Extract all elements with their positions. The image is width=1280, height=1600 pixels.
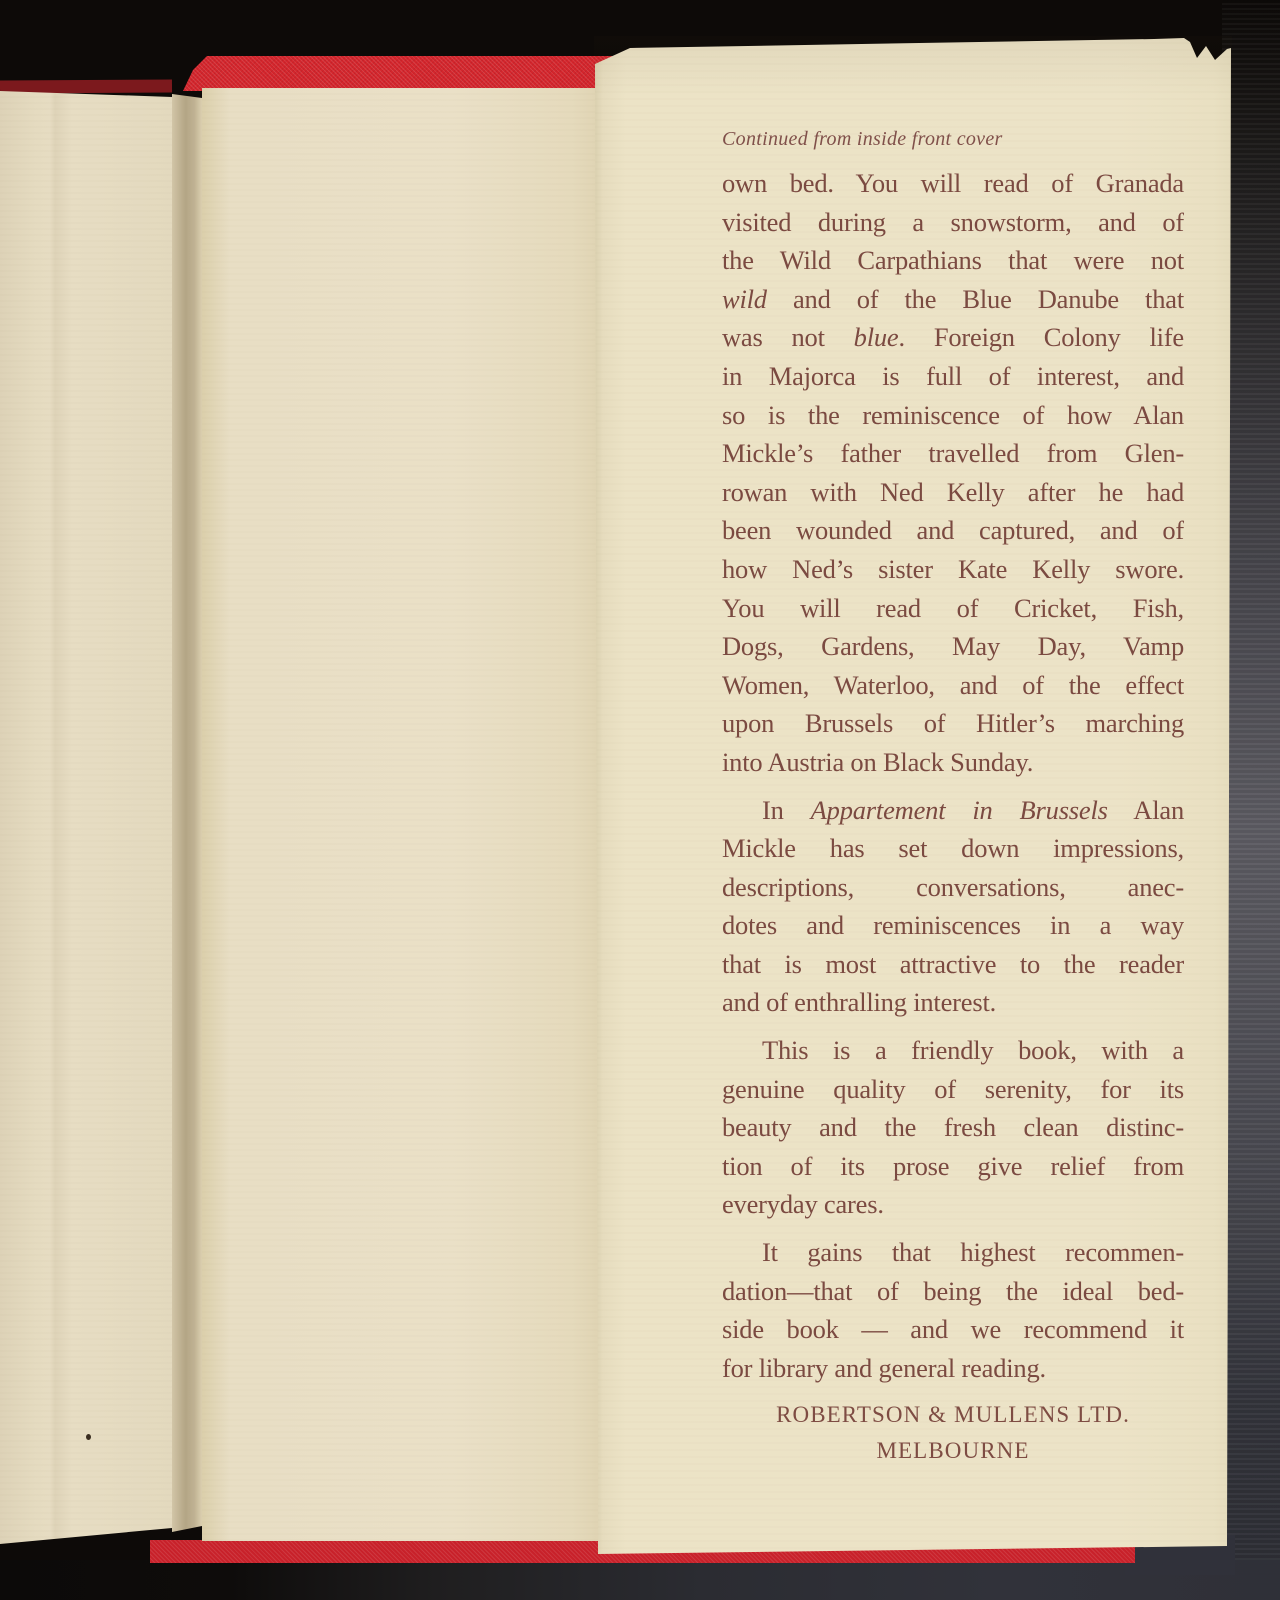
flap-text-line: into Austria on Black Sunday. — [722, 743, 1184, 782]
flap-text-line: and of enthralling interest. — [722, 983, 1184, 1022]
flap-text-line: wild and of the Blue Danube that — [722, 280, 1184, 319]
flap-text-line: upon Brussels of Hitler’s marching — [722, 704, 1184, 743]
flap-text-line: genuine quality of serenity, for its — [722, 1070, 1184, 1109]
paper-speck — [86, 1434, 91, 1440]
continued-note: Continued from inside front cover — [722, 124, 1184, 154]
flap-paragraph: This is a friendly book, with agenuine q… — [722, 1031, 1184, 1224]
flap-text-line: dation—that of being the ideal bed- — [722, 1272, 1184, 1311]
flap-paragraph: own bed. You will read of Granadavisited… — [722, 164, 1184, 782]
page-gutter — [172, 94, 202, 1536]
flap-text-line: the Wild Carpathians that were not — [722, 241, 1184, 280]
flap-paragraph: It gains that highest recommen-dation—th… — [722, 1233, 1184, 1387]
flap-text-line: how Ned’s sister Kate Kelly swore. — [722, 550, 1184, 589]
publisher-city: MELBOURNE — [722, 1433, 1184, 1469]
flap-text-line: tion of its prose give relief from — [722, 1147, 1184, 1186]
background-surface-right — [1222, 0, 1280, 1600]
flap-text-line: It gains that highest recommen- — [722, 1233, 1184, 1272]
free-endpaper-page — [0, 91, 172, 1544]
photo: Continued from inside front cover own be… — [0, 0, 1280, 1600]
flap-text-line: for library and general reading. — [722, 1349, 1184, 1388]
flap-text-line: descriptions, conversations, anec- — [722, 868, 1184, 907]
flap-text-line: everyday cares. — [722, 1185, 1184, 1224]
flap-text-line: been wounded and captured, and of — [722, 511, 1184, 550]
flap-text-line: side book — and we recommend it — [722, 1310, 1184, 1349]
flap-text-line: that is most attractive to the reader — [722, 945, 1184, 984]
flap-text-line: Mickle has set down impressions, — [722, 829, 1184, 868]
flap-text-line: Mickle’s father travelled from Glen- — [722, 434, 1184, 473]
flap-text-line: In Appartement in Brussels Alan — [722, 791, 1184, 830]
flap-text-line: beauty and the fresh clean distinc- — [722, 1108, 1184, 1147]
red-cloth-cover-top-edge — [183, 56, 643, 91]
flap-text-line: in Majorca is full of interest, and — [722, 357, 1184, 396]
publisher-block: ROBERTSON & MULLENS LTD. MELBOURNE — [722, 1397, 1184, 1469]
pastedown-endpaper — [202, 88, 640, 1541]
flap-paragraph: In Appartement in Brussels AlanMickle ha… — [722, 791, 1184, 1023]
flap-text-line: visited during a snowstorm, and of — [722, 203, 1184, 242]
flap-text-line: own bed. You will read of Granada — [722, 164, 1184, 203]
flap-text-line: so is the reminiscence of how Alan — [722, 396, 1184, 435]
flap-text-line: was not blue. Foreign Colony life — [722, 318, 1184, 357]
flap-paragraphs: own bed. You will read of Granadavisited… — [722, 164, 1184, 1387]
flap-text-line: You will read of Cricket, Fish, — [722, 589, 1184, 628]
publisher-name: ROBERTSON & MULLENS LTD. — [722, 1397, 1184, 1433]
flap-text-line: rowan with Ned Kelly after he had — [722, 473, 1184, 512]
flap-text-line: This is a friendly book, with a — [722, 1031, 1184, 1070]
red-cloth-cover-left-edge — [0, 79, 172, 93]
flap-text-line: dotes and reminiscences in a way — [722, 906, 1184, 945]
dust-jacket-flap: Continued from inside front cover own be… — [594, 36, 1232, 1556]
flap-text-block: Continued from inside front cover own be… — [722, 124, 1184, 1469]
background-surface-bottom — [0, 1560, 1280, 1600]
flap-text-line: Women, Waterloo, and of the effect — [722, 666, 1184, 705]
flap-text-line: Dogs, Gardens, May Day, Vamp — [722, 627, 1184, 666]
